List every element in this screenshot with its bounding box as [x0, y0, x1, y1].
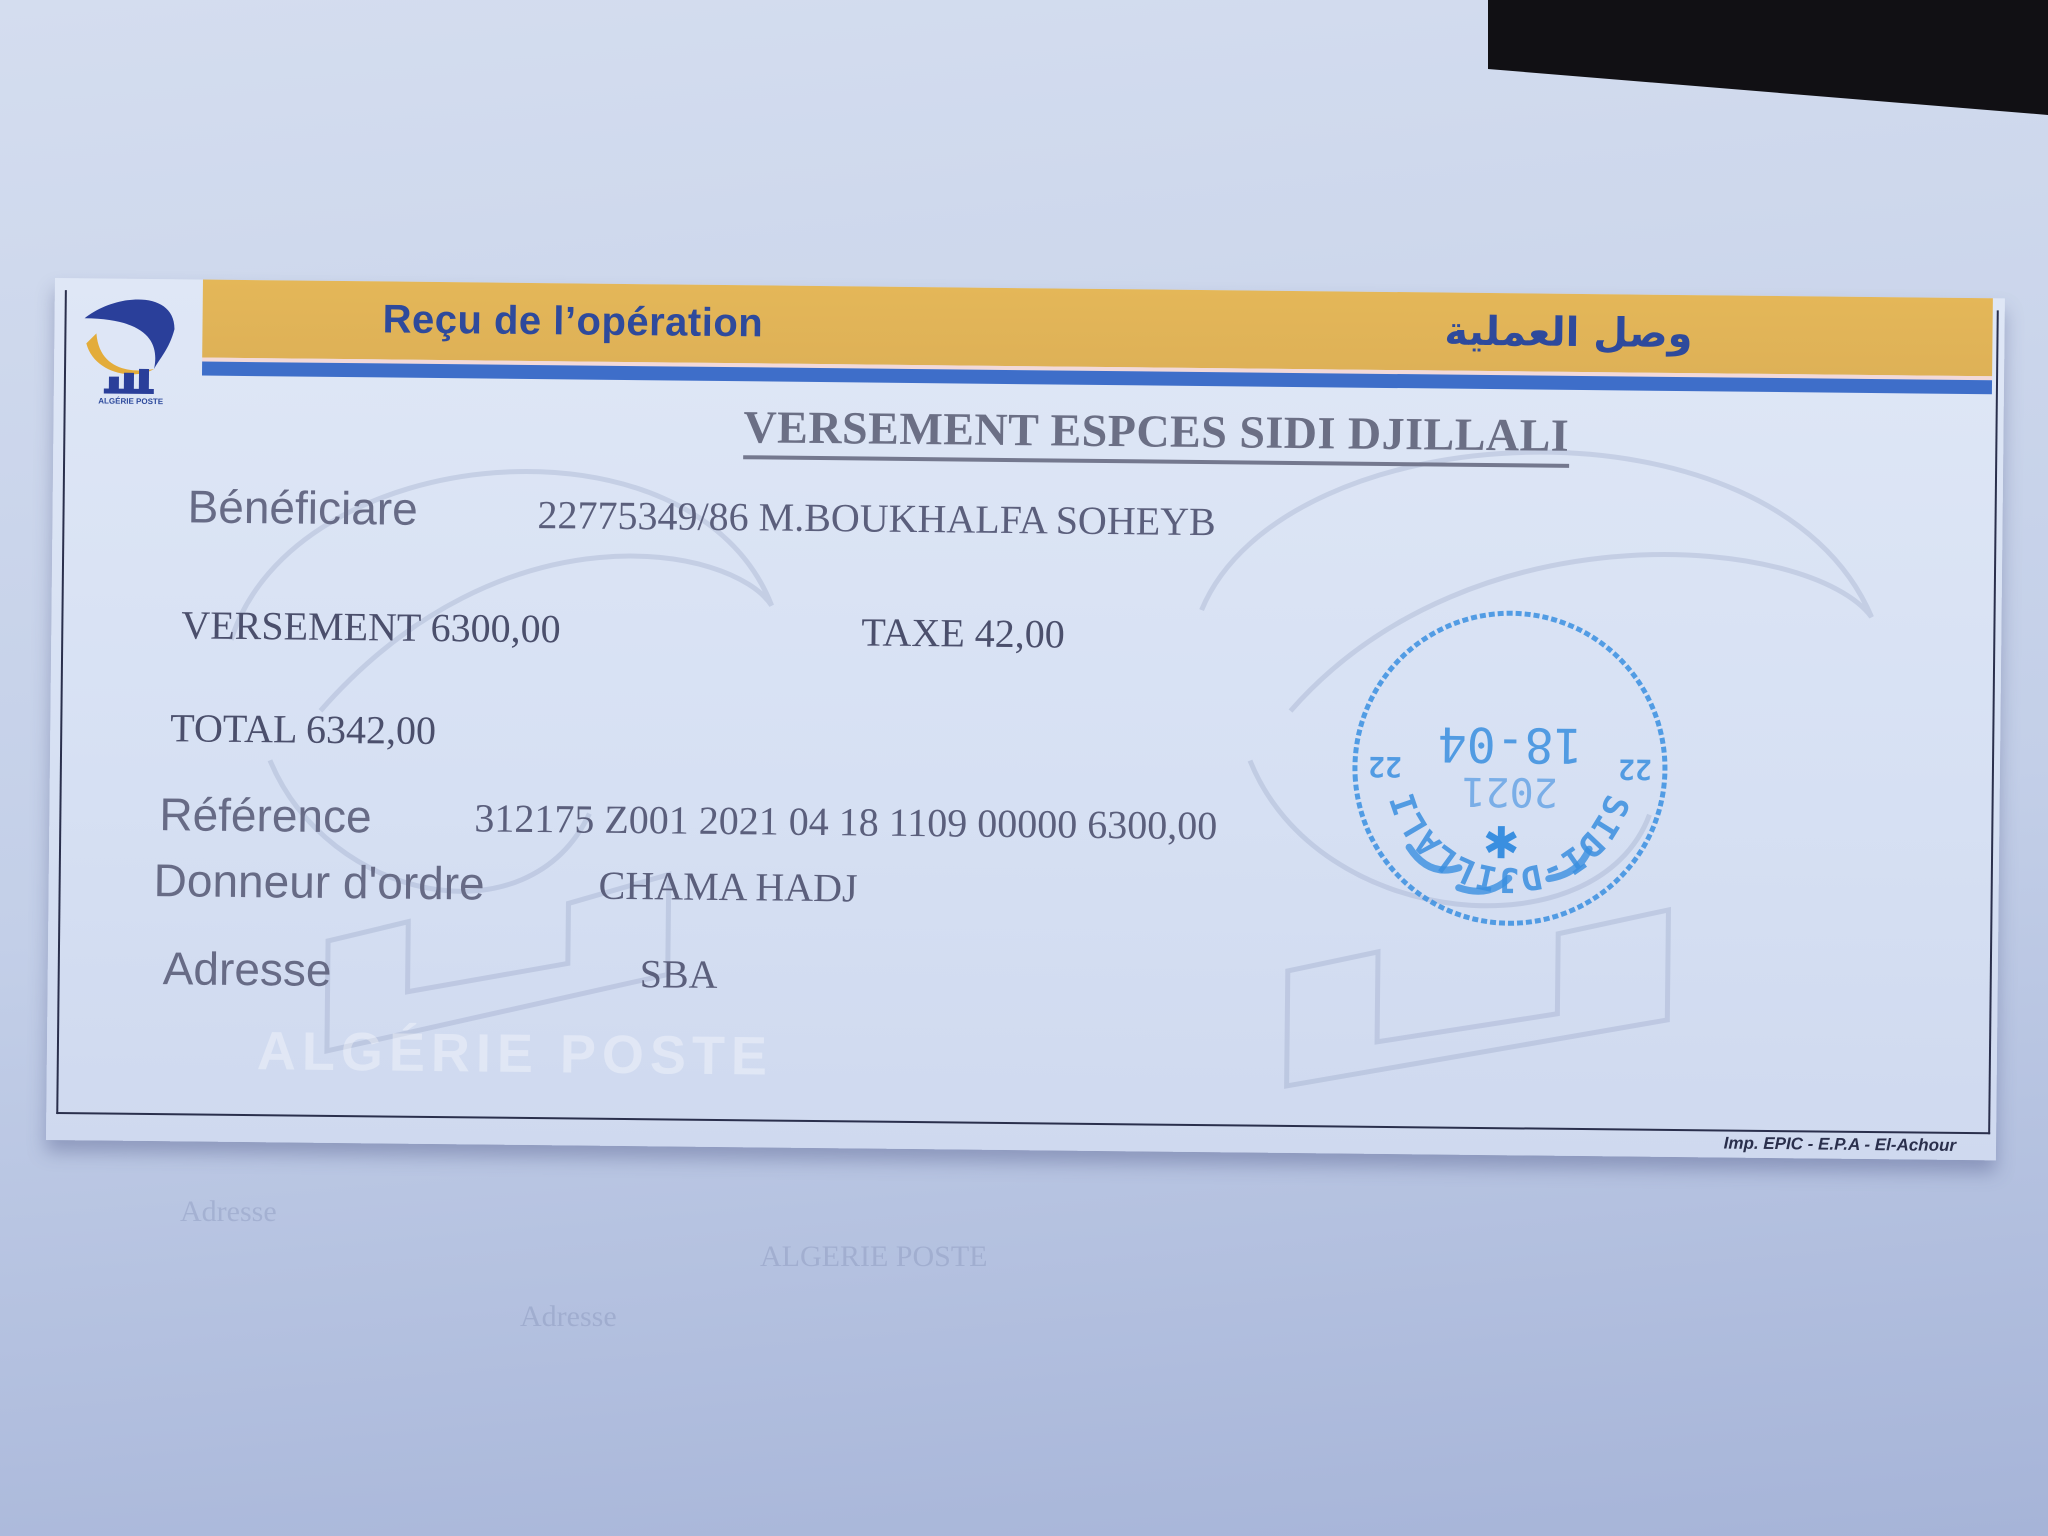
reference-value: 312175 Z001 2021 04 18 1109 00000 6300,0… [474, 794, 1217, 849]
taxe-value: 42,00 [975, 611, 1065, 657]
taxe-row: TAXE 42,00 [861, 608, 1065, 657]
versement-value: 6300,00 [430, 605, 560, 651]
donneur-label: Donneur d'ordre [153, 853, 485, 910]
postal-receipt: ALGÉRIE POSTE Reçu de l’opération وصل ال… [46, 278, 2005, 1160]
total-row: TOTAL 6342,00 [170, 704, 436, 754]
algerie-poste-logo-icon [74, 288, 195, 409]
faint-bleed-text: Adresse [520, 1300, 617, 1334]
total-label: TOTAL [170, 705, 296, 751]
postmark-stamp-icon: SIDI-DJILLALI 18-04 2021 22 22 ✱ [1338, 596, 1682, 940]
donneur-value: CHAMA HADJ [598, 862, 857, 912]
watermark-logo-icon [166, 379, 1973, 1118]
total-value: 6342,00 [306, 707, 436, 753]
versement-row: VERSEMENT 6300,00 [181, 601, 561, 652]
versement-label: VERSEMENT [181, 602, 421, 650]
printer-credit: Imp. EPIC - E.P.A - El-Achour [1724, 1134, 1957, 1156]
faint-bleed-text: ALGERIE POSTE [760, 1240, 988, 1274]
beneficiary-label: Bénéficiare [187, 479, 418, 535]
adresse-value: SBA [640, 950, 718, 998]
logo-caption: ALGÉRIE POSTE [76, 396, 186, 406]
watermark-text: ALGÉRIE POSTE [257, 1020, 774, 1087]
adresse-label: Adresse [162, 941, 331, 997]
stamp-date: 18-04 [1438, 716, 1583, 774]
faint-bleed-text: Adresse [180, 1195, 277, 1229]
document-title: VERSEMENT ESPCES SIDI DJILLALI [743, 400, 1569, 468]
reference-label: Référence [159, 787, 372, 843]
header-title-fr: Reçu de l’opération [382, 297, 763, 346]
stamp-side-left: 22 [1618, 752, 1652, 785]
stamp-star-icon: ✱ [1482, 819, 1519, 868]
stamp-side-right: 22 [1368, 750, 1402, 783]
header-title-ar: وصل العملية [1444, 309, 1693, 358]
taxe-label: TAXE [861, 609, 965, 655]
stamp-year: 2021 [1461, 768, 1558, 815]
beneficiary-value: 22775349/86 M.BOUKHALFA SOHEYB [537, 491, 1216, 545]
